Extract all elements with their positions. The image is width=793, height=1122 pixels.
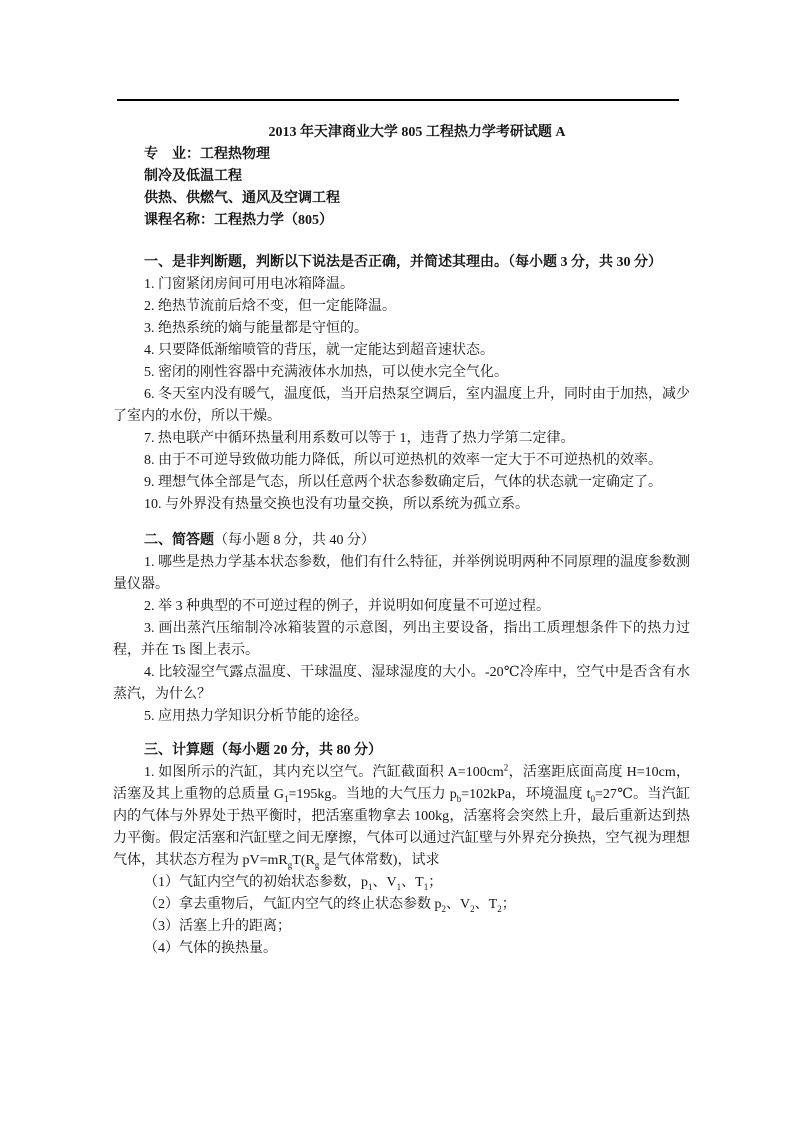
- question-item: 2. 绝热节流前后焓不变，但一定能降温。: [113, 296, 690, 318]
- question-item: 1. 门窗紧闭房间可用电冰箱降温。: [113, 274, 690, 296]
- section-heading: 二、简答题（每小题 8 分，共 40 分）: [113, 530, 690, 552]
- question-item: 3. 画出蒸汽压缩制冷冰箱装置的示意图，列出主要设备，指出工质理想条件下的热力过…: [113, 618, 690, 662]
- question-item: 8. 由于不可逆导致做功能力降低，所以可逆热机的效率一定大于不可逆热机的效率。: [113, 450, 690, 472]
- problem-statement: 1. 如图所示的汽缸，其内充以空气。汽缸截面积 A=100cm2，活塞距底面高度…: [113, 762, 690, 872]
- problem-subitem: （4）气体的换热量。: [113, 938, 690, 960]
- question-item: 2. 举 3 种典型的不可逆过程的例子，并说明如何度量不可逆过程。: [113, 596, 690, 618]
- problem-subitem: （2）拿去重物后，气缸内空气的终止状态参数 p2、V2、T2；: [113, 894, 690, 916]
- section-heading: 一、是非判断题，判断以下说法是否正确，并简述其理由。（每小题 3 分，共 30 …: [113, 252, 690, 274]
- major-line: 供热、供燃气、通风及空调工程: [113, 188, 690, 210]
- question-item: 3. 绝热系统的熵与能量都是守恒的。: [113, 318, 690, 340]
- section-heading-bold: 二、简答题: [144, 533, 214, 548]
- major-line: 制冷及低温工程: [113, 166, 690, 188]
- section-calculation: 三、计算题（每小题 20 分，共 80 分） 1. 如图所示的汽缸，其内充以空气…: [113, 740, 690, 960]
- header-divider-line: [117, 99, 679, 101]
- question-item: 5. 密闭的刚性容器中充满液体水加热，可以使水完全气化。: [113, 362, 690, 384]
- question-item: 10. 与外界没有热量交换也没有功量交换，所以系统为孤立系。: [113, 494, 690, 516]
- section-short-answer: 二、简答题（每小题 8 分，共 40 分） 1. 哪些是热力学基本状态参数，他们…: [113, 530, 690, 728]
- question-item: 1. 哪些是热力学基本状态参数，他们有什么特征，并举例说明两种不同原理的温度参数…: [113, 552, 690, 596]
- section-heading-points: （每小题 8 分，共 40 分）: [214, 533, 375, 548]
- section-true-false: 一、是非判断题，判断以下说法是否正确，并简述其理由。（每小题 3 分，共 30 …: [113, 252, 690, 516]
- question-item: 7. 热电联产中循环热量利用系数可以等于 1，违背了热力学第二定律。: [113, 428, 690, 450]
- document-header-block: 专 业：工程热物理 制冷及低温工程 供热、供燃气、通风及空调工程 课程名称：工程…: [113, 144, 690, 232]
- course-name-line: 课程名称：工程热力学（805）: [113, 210, 690, 232]
- question-item: 4. 只要降低渐缩喷管的背压，就一定能达到超音速状态。: [113, 340, 690, 362]
- question-item: 6. 冬天室内没有暖气，温度低，当开启热泵空调后，室内温度上升，同时由于加热，减…: [113, 384, 690, 428]
- section-heading: 三、计算题（每小题 20 分，共 80 分）: [113, 740, 690, 762]
- problem-subitem: （1）气缸内空气的初始状态参数，p1、V1、T1；: [113, 872, 690, 894]
- question-item: 4. 比较湿空气露点温度、干球温度、湿球湿度的大小。-20℃冷库中，空气中是否含…: [113, 662, 690, 706]
- major-line: 专 业：工程热物理: [113, 144, 690, 166]
- document-title: 2013 年天津商业大学 805 工程热力学考研试题 A: [113, 122, 690, 144]
- question-item: 9. 理想气体全部是气态，所以任意两个状态参数确定后，气体的状态就一定确定了。: [113, 472, 690, 494]
- question-item: 5. 应用热力学知识分析节能的途径。: [113, 706, 690, 728]
- problem-subitem: （3）活塞上升的距离；: [113, 916, 690, 938]
- exam-document-page: 2013 年天津商业大学 805 工程热力学考研试题 A 专 业：工程热物理 制…: [0, 0, 793, 1122]
- document-content: 2013 年天津商业大学 805 工程热力学考研试题 A 专 业：工程热物理 制…: [113, 122, 690, 960]
